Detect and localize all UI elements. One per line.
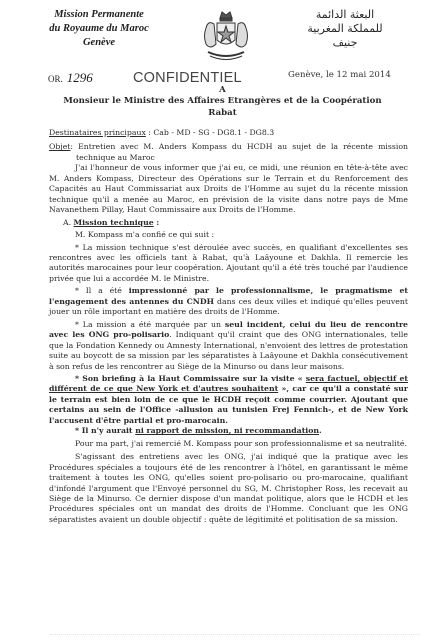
paragraph-2: * Il a été impressionné par le professio… [49, 286, 408, 317]
reference-prefix: OR. [48, 74, 63, 84]
moroccan-coat-of-arms-icon [200, 8, 252, 64]
underlined-text-run: ni rapport de mission, ni recommandation [135, 426, 319, 435]
intro-paragraph: J'ai l'honneur de vous informer que j'ai… [49, 163, 408, 215]
reference-number: OR.1296 [48, 70, 93, 86]
header-line: Mission Permanente [44, 8, 154, 22]
mission-header-arabic: البعثة الدائمة للمملكة المغربية جنيف [285, 8, 405, 50]
addressee-prefix: A [0, 85, 445, 95]
recipients-label: Destinataires principaux [49, 128, 146, 137]
paragraph-5: * Il n'y aurait ni rapport de mission, n… [49, 426, 408, 436]
paragraph-3: * La mission a été marquée par un seul i… [49, 320, 408, 372]
paragraph-4: * Son briefing à la Haut Commissaire sur… [49, 374, 408, 426]
section-a-heading: A. Mission technique : [49, 218, 408, 228]
paragraph-1: * La mission technique s'est déroulée av… [49, 243, 408, 285]
header-line: البعثة الدائمة [285, 8, 405, 22]
letter-body: Destinataires principaux : Cab - MD - SG… [49, 128, 408, 525]
subject-value: : Entretien avec M. Anders Kompass du HC… [70, 142, 408, 161]
addressee-city: Rabat [0, 108, 445, 120]
recipients-line: Destinataires principaux : Cab - MD - SG… [49, 128, 408, 138]
recipients-value: : Cab - MD - SG - DG8.1 - DG8.3 [146, 128, 274, 137]
paragraph-7: S'agissant des entretiens avec les ONG, … [49, 452, 408, 525]
mission-header-french: Mission Permanente du Royaume du Maroc G… [44, 8, 154, 50]
reference-handwritten-number: 1296 [67, 70, 93, 85]
subject-line: Objet: Entretien avec M. Anders Kompass … [49, 142, 408, 163]
header-line: جنيف [285, 36, 405, 50]
section-letter: A. [63, 218, 71, 227]
kompass-intro: M. Kompass m'a confié ce qui suit : [49, 230, 408, 240]
page-footer-divider [50, 634, 420, 635]
confidential-stamp: CONFIDENTIEL [133, 70, 242, 86]
paragraph-6: Pour ma part, j'ai remercié M. Kompass p… [49, 439, 408, 449]
text-run: * La mission a été marquée par un [75, 320, 225, 329]
header-line: للمملكة المغربية [285, 22, 405, 36]
section-colon: : [154, 218, 160, 227]
addressee-title: Monsieur le Ministre des Affaires Etrang… [0, 96, 445, 108]
header-line: du Royaume du Maroc [44, 22, 154, 36]
section-title: Mission technique [74, 218, 154, 227]
text-run: * Il a été [75, 286, 129, 295]
text-run: * Il n'y aurait [75, 426, 135, 435]
header-line: Genève [44, 36, 154, 50]
subject-label: Objet [49, 142, 70, 151]
text-run: . [319, 426, 322, 435]
text-run: * Son briefing à la Haut Commissaire sur… [75, 374, 306, 383]
letter-date: Genève, le 12 mai 2014 [288, 70, 391, 80]
addressee: Monsieur le Ministre des Affaires Etrang… [0, 96, 445, 119]
